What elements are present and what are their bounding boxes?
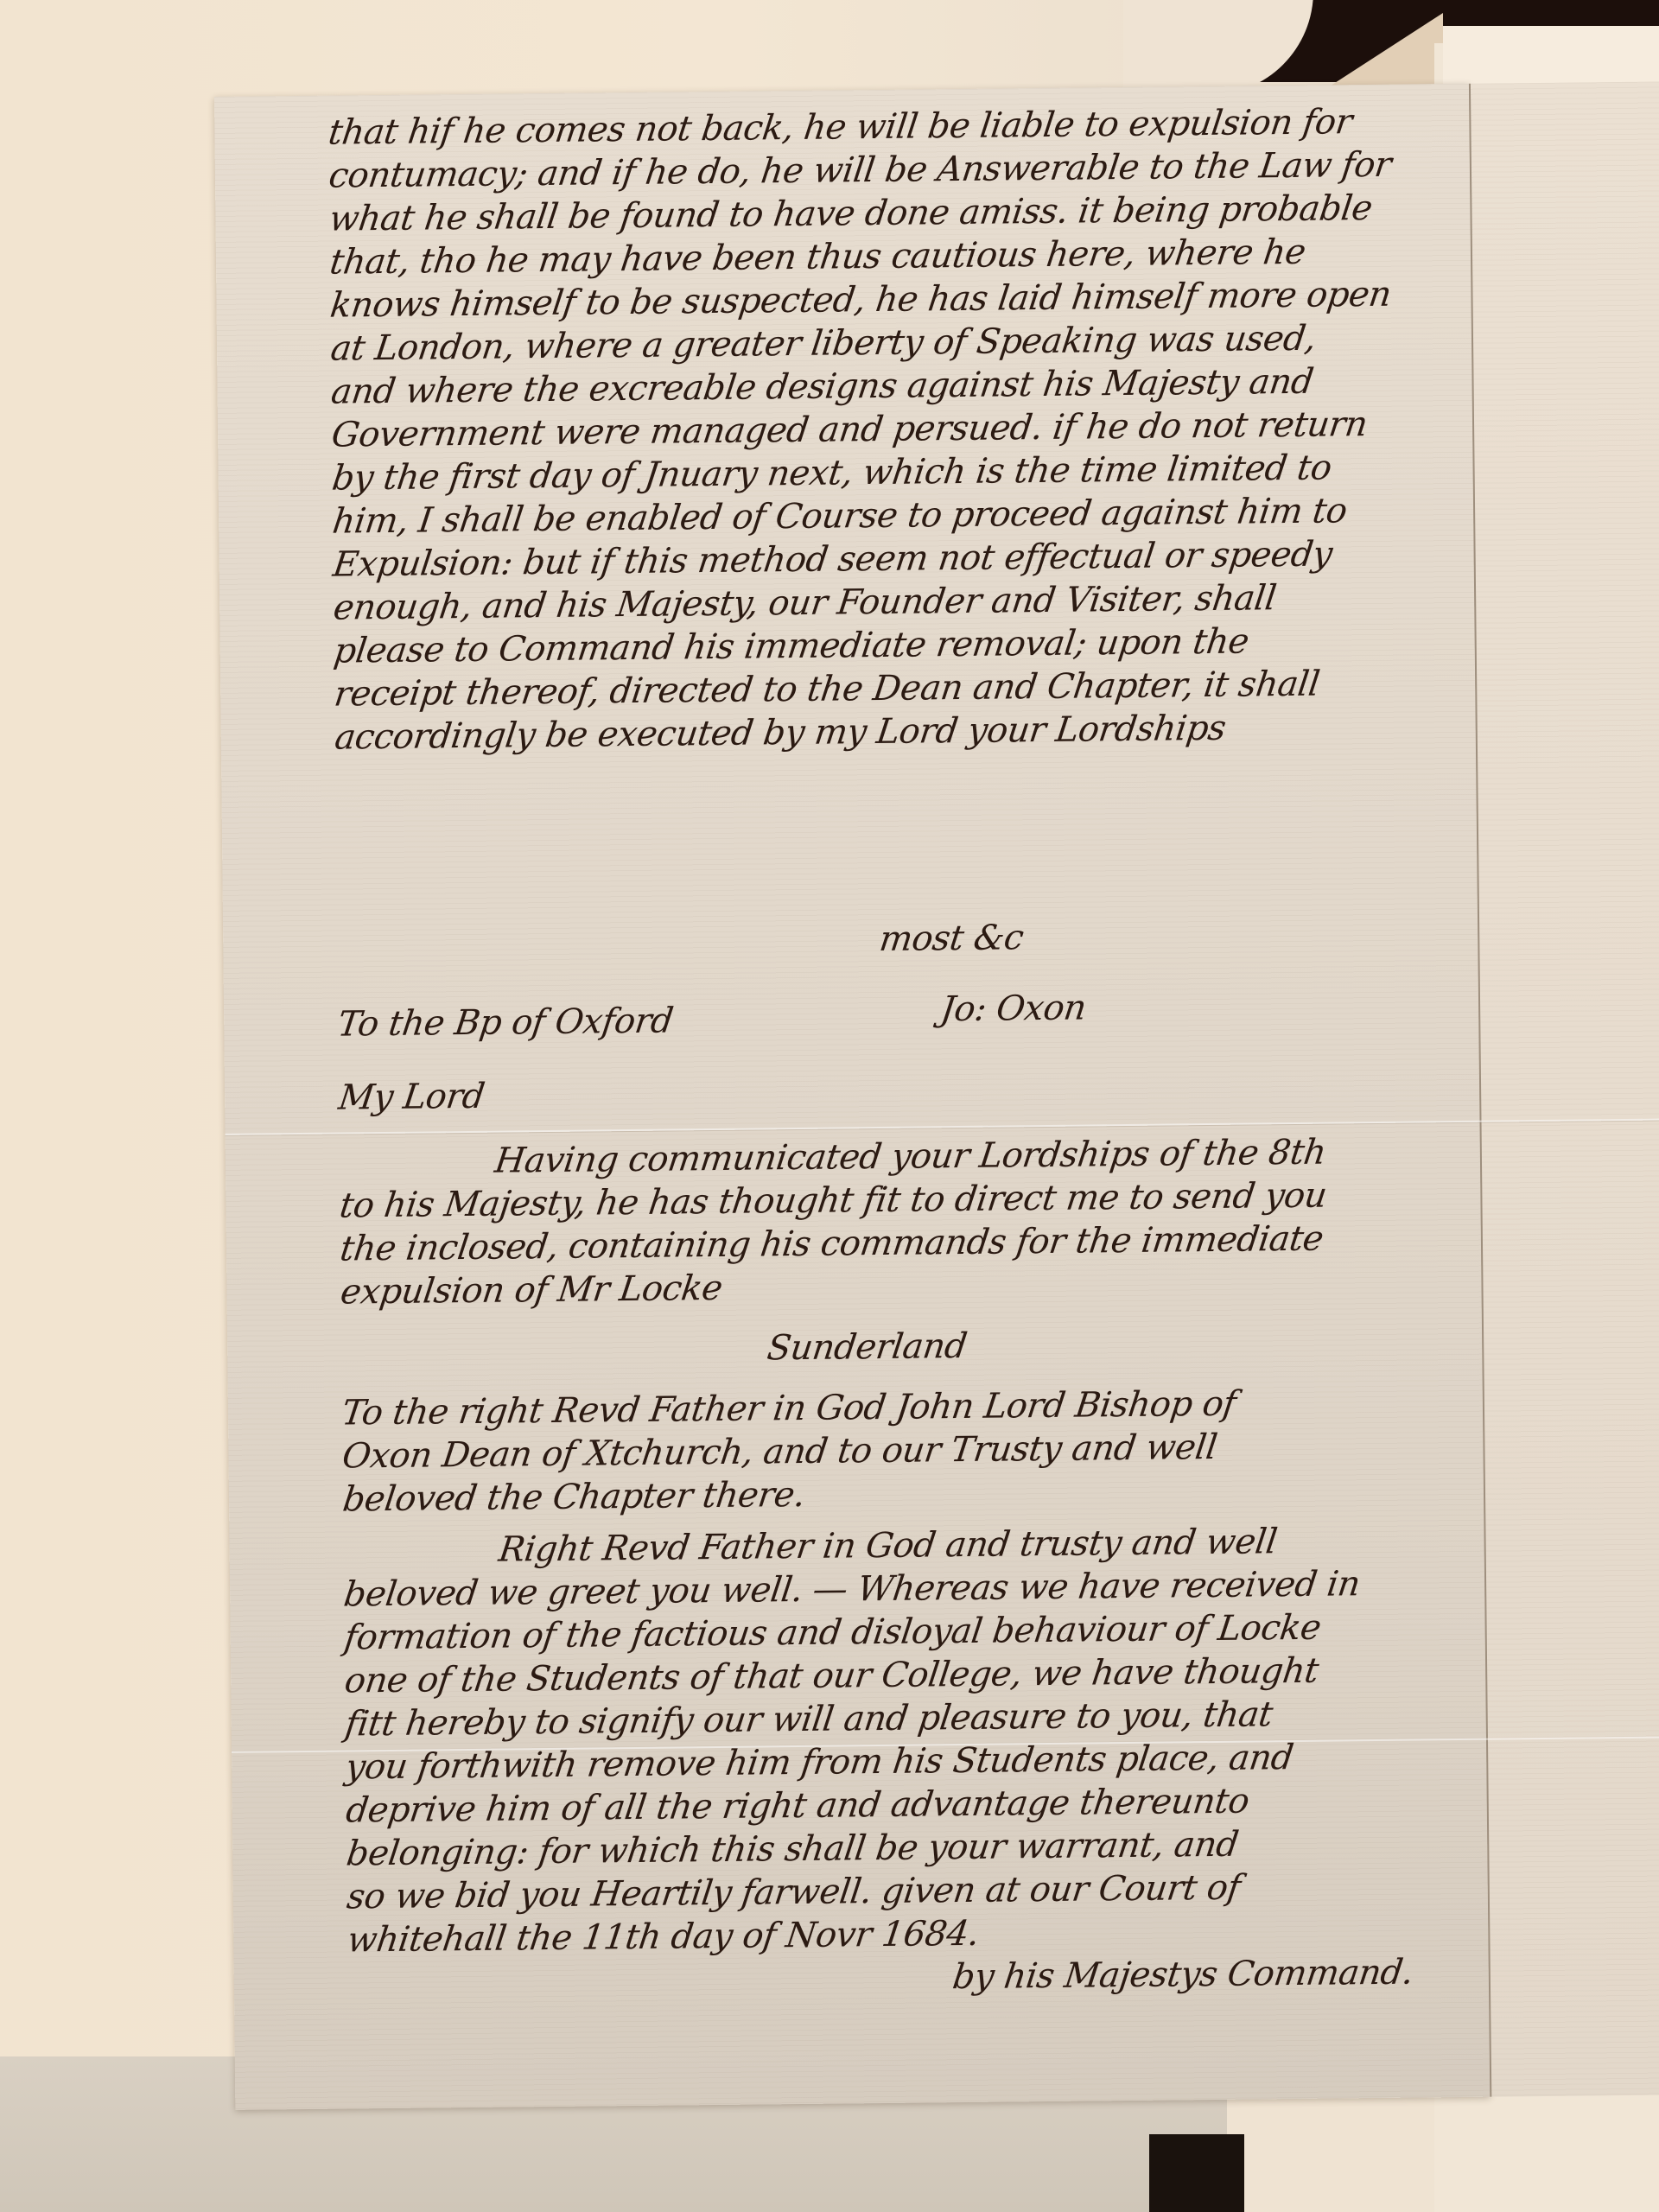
letter-1-closing: most &c bbox=[880, 916, 1023, 961]
signature-text: Jo: Oxon bbox=[938, 986, 1089, 1031]
letter-2-body: Having communicated your Lordships of th… bbox=[340, 1129, 1465, 1314]
letter-1-signature: Jo: Oxon bbox=[941, 986, 1086, 1031]
vertical-fold-flap bbox=[1469, 81, 1659, 2096]
salutation-text: My Lord bbox=[336, 1075, 487, 1120]
letter-1-body: that hif he comes not back, he will be l… bbox=[328, 99, 1459, 760]
book-gutter-shadow bbox=[1149, 2134, 1244, 2212]
address-text: To the Bp of Oxford bbox=[335, 999, 676, 1046]
closing-text: most &c bbox=[877, 916, 1026, 961]
letter-2-address: To the Bp of Oxford bbox=[338, 1000, 673, 1046]
signature-text: Sunderland bbox=[765, 1325, 969, 1370]
letter-3-body: Right Revd Father in God and trusty and … bbox=[343, 1518, 1471, 2005]
letter-3-address: To the right Revd Father in God John Lor… bbox=[342, 1380, 1466, 1522]
letter-2-signature: Sunderland bbox=[767, 1325, 967, 1370]
manuscript-sheet: that hif he comes not back, he will be l… bbox=[214, 84, 1490, 2110]
letter-2-salutation: My Lord bbox=[339, 1075, 485, 1120]
